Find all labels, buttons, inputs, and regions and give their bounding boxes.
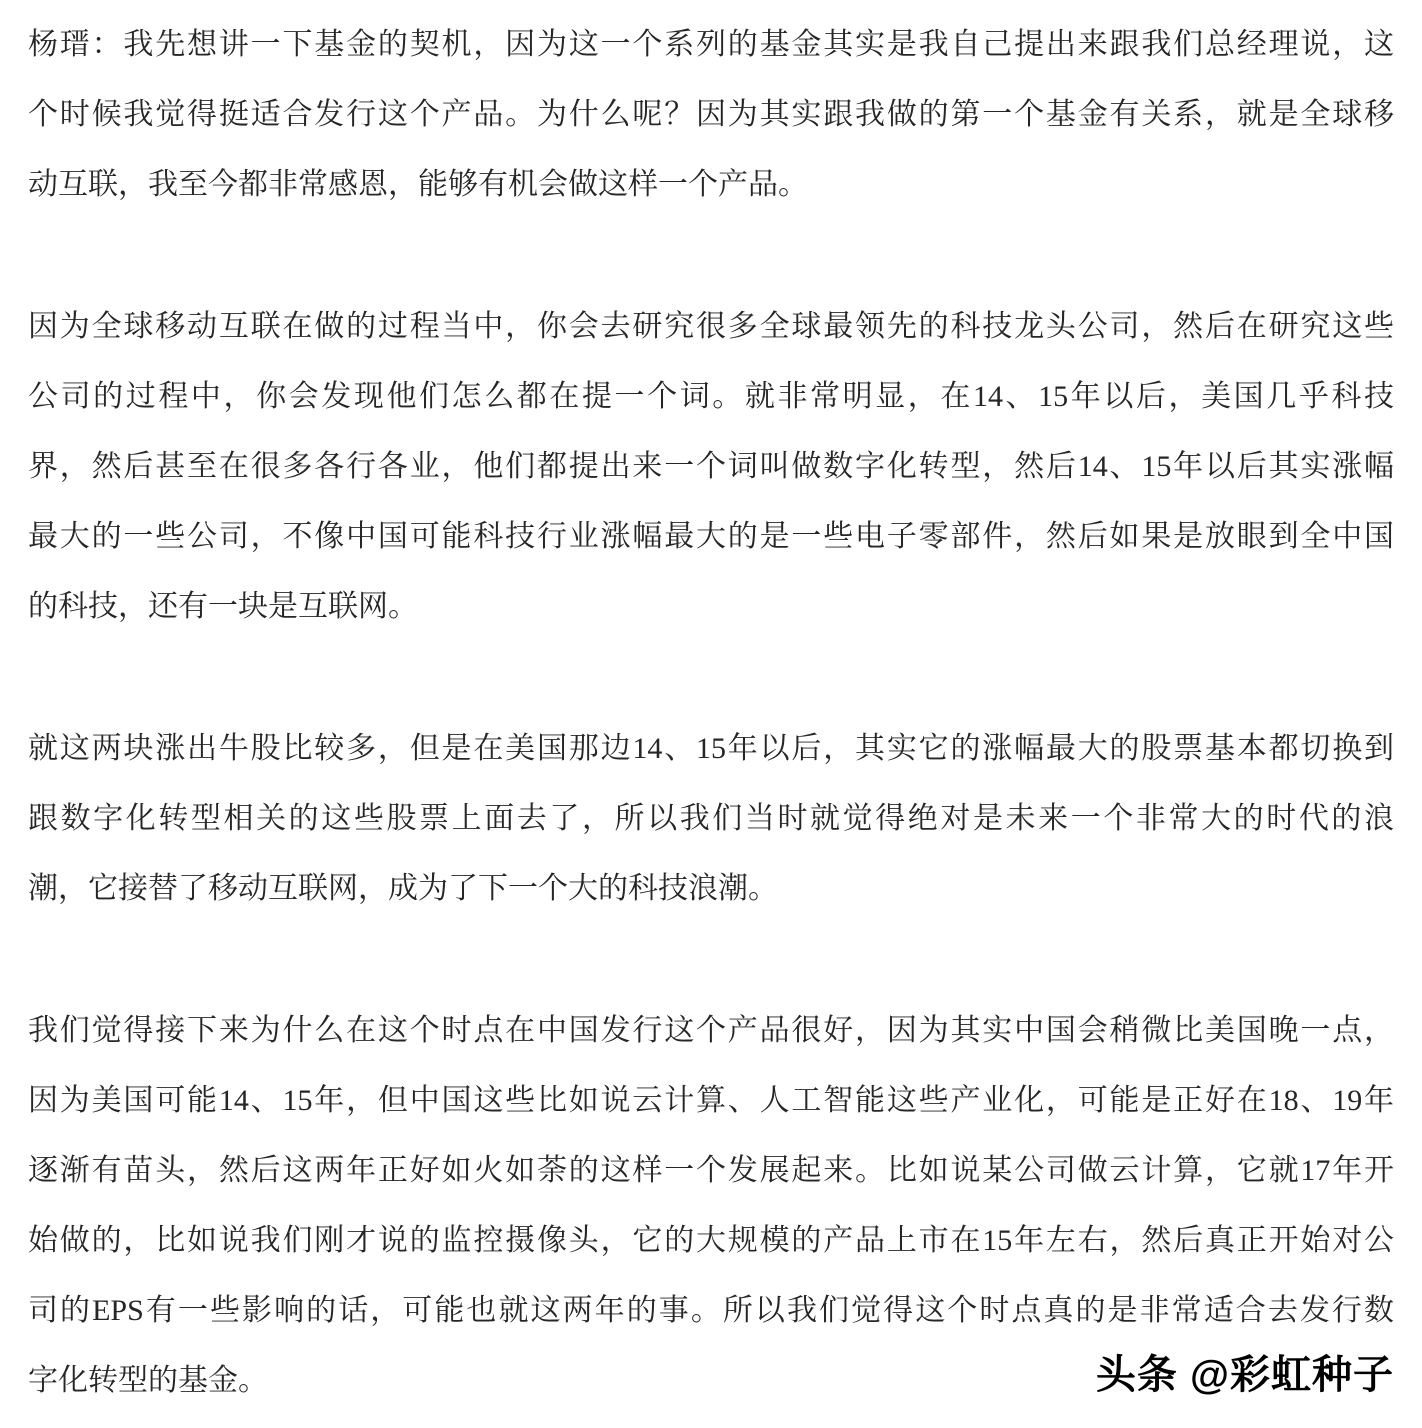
text-line: 因为美国可能14、15年，但中国这些比如说云计算、人工智能这些产业化，可能是正好… [28,1066,1394,1136]
text-line: 的科技，还有一块是互联网。 [28,572,1394,642]
text-line: 个时候我觉得挺适合发行这个产品。为什么呢？因为其实跟我做的第一个基金有关系，就是… [28,80,1394,150]
text-line: 界，然后甚至在很多各行各业，他们都提出来一个词叫做数字化转型，然后14、15年以… [28,432,1394,502]
text-line: 动互联，我至今都非常感恩，能够有机会做这样一个产品。 [28,150,1394,220]
text-line: 就这两块涨出牛股比较多，但是在美国那边14、15年以后，其实它的涨幅最大的股票基… [28,714,1394,784]
paragraph-3: 就这两块涨出牛股比较多，但是在美国那边14、15年以后，其实它的涨幅最大的股票基… [28,714,1394,924]
paragraph-2: 因为全球移动互联在做的过程当中，你会去研究很多全球最领先的科技龙头公司，然后在研… [28,292,1394,642]
text-line: 始做的，比如说我们刚才说的监控摄像头，它的大规模的产品上市在15年左右，然后真正… [28,1206,1394,1276]
text-line: 逐渐有苗头，然后这两年正好如火如荼的这样一个发展起来。比如说某公司做云计算，它就… [28,1136,1394,1206]
article-body: 杨瑨：我先想讲一下基金的契机，因为这一个系列的基金其实是我自己提出来跟我们总经理… [28,10,1394,1416]
document-page: 杨瑨：我先想讲一下基金的契机，因为这一个系列的基金其实是我自己提出来跟我们总经理… [0,0,1422,1428]
text-line: 潮，它接替了移动互联网，成为了下一个大的科技浪潮。 [28,854,1394,924]
paragraph-1: 杨瑨：我先想讲一下基金的契机，因为这一个系列的基金其实是我自己提出来跟我们总经理… [28,10,1394,220]
text-line: 因为全球移动互联在做的过程当中，你会去研究很多全球最领先的科技龙头公司，然后在研… [28,292,1394,362]
text-line: 司的EPS有一些影响的话，可能也就这两年的事。所以我们觉得这个时点真的是非常适合… [28,1276,1394,1346]
text-line: 跟数字化转型相关的这些股票上面去了，所以我们当时就觉得绝对是未来一个非常大的时代… [28,784,1394,854]
text-line: 最大的一些公司，不像中国可能科技行业涨幅最大的是一些电子零部件，然后如果是放眼到… [28,502,1394,572]
text-line: 杨瑨：我先想讲一下基金的契机，因为这一个系列的基金其实是我自己提出来跟我们总经理… [28,10,1394,80]
toutiao-watermark: 头条 @彩虹种子 [1096,1350,1394,1400]
text-line: 公司的过程中，你会发现他们怎么都在提一个词。就非常明显，在14、15年以后，美国… [28,362,1394,432]
text-line: 我们觉得接下来为什么在这个时点在中国发行这个产品很好，因为其实中国会稍微比美国晚… [28,996,1394,1066]
